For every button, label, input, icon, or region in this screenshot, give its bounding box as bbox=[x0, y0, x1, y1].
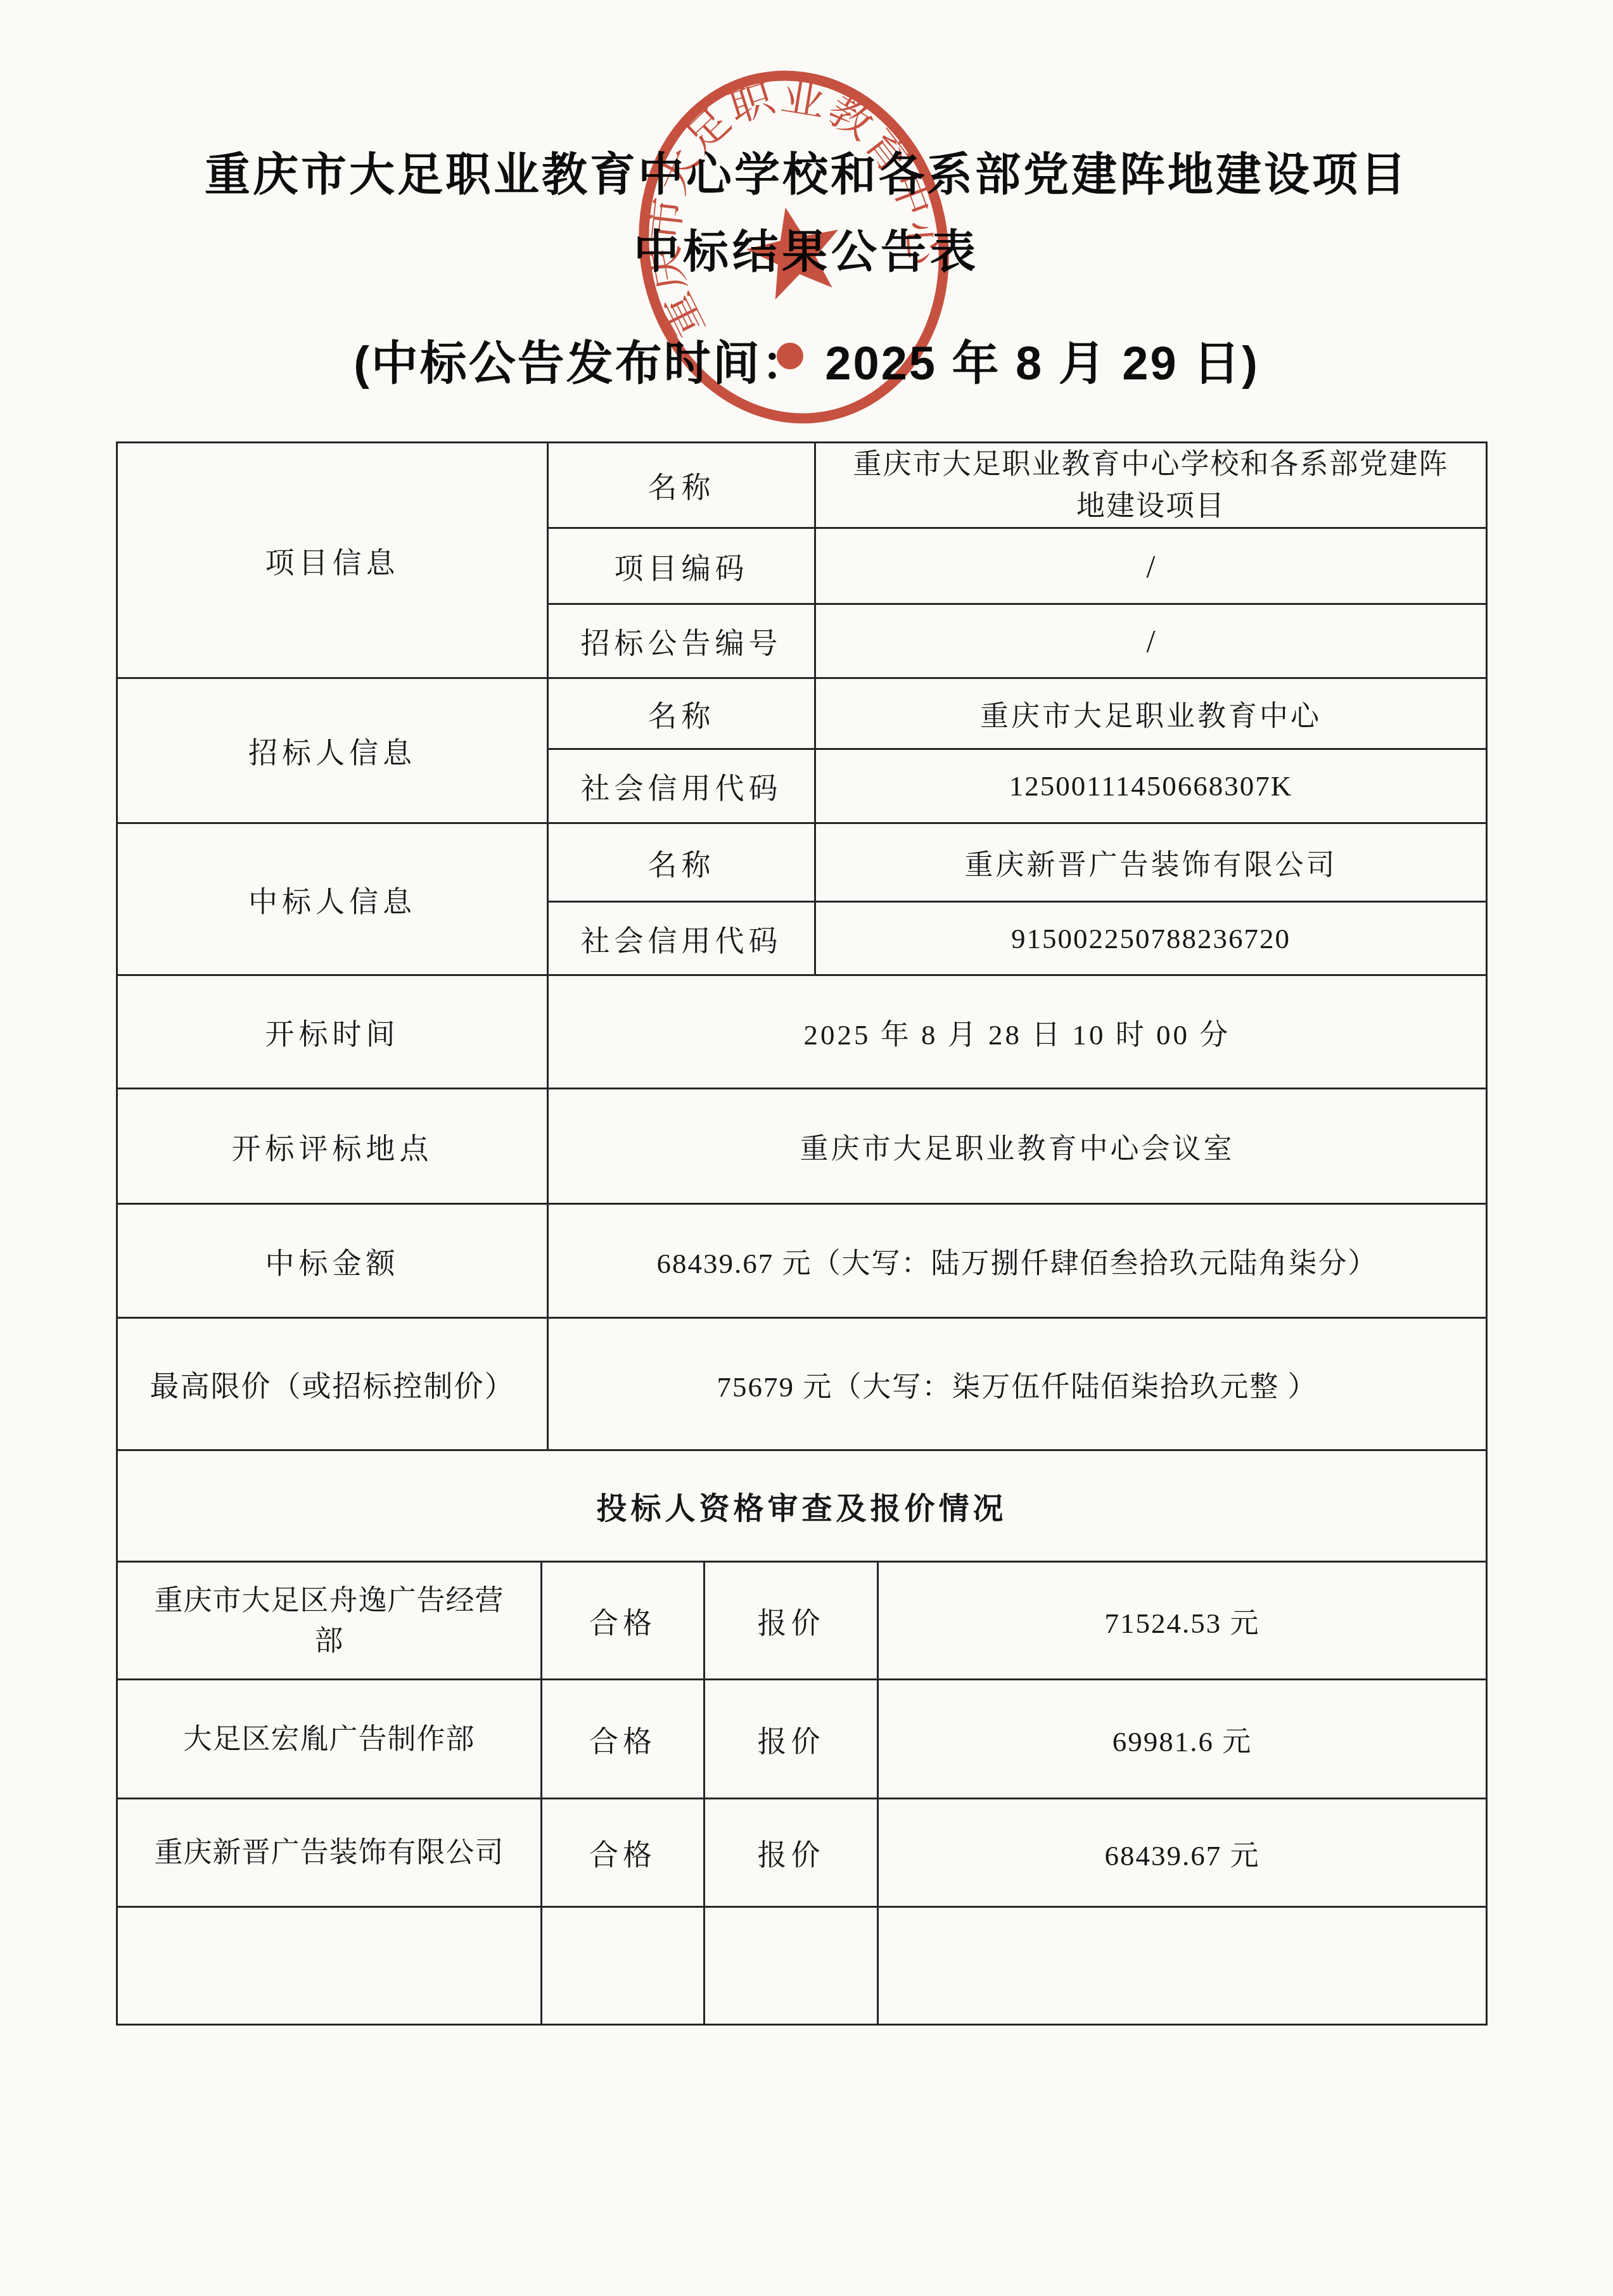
bidder-price-label bbox=[704, 1907, 878, 2025]
winner-credit-code-value: 915002250788236720 bbox=[815, 902, 1487, 975]
tenderer-name-value: 重庆市大足职业教育中心 bbox=[815, 678, 1487, 749]
bidder-name: 重庆新晋广告装饰有限公司 bbox=[117, 1799, 542, 1907]
bidder-name: 大足区宏胤广告制作部 bbox=[117, 1680, 542, 1799]
project-info-table: 项目信息 名称 重庆市大足职业教育中心学校和各系部党建阵地建设项目 项目编码 /… bbox=[116, 441, 1488, 1563]
max-price-label: 最高限价（或招标控制价） bbox=[117, 1318, 548, 1450]
bidder-price-label: 报价 bbox=[704, 1680, 878, 1799]
document-page: 重庆市大足职业教育中心学校和各系部党建阵地建设项目 中标结果公告表 (中标公告发… bbox=[0, 0, 1613, 2296]
announcement-date-line: (中标公告发布时间： 2025 年 8 月 29 日) bbox=[0, 334, 1613, 393]
bidder-qualification: 合格 bbox=[542, 1680, 704, 1799]
bid-opening-time-value: 2025 年 8 月 28 日 10 时 00 分 bbox=[548, 975, 1487, 1089]
winner-name-value: 重庆新晋广告装饰有限公司 bbox=[815, 823, 1487, 902]
section-tenderer-info: 招标人信息 bbox=[117, 678, 548, 823]
bidder-price: 69981.6 元 bbox=[878, 1680, 1487, 1799]
bidder-price-label: 报价 bbox=[704, 1562, 878, 1680]
bidder-name bbox=[117, 1907, 542, 2025]
award-amount-value: 68439.67 元（大写：陆万捌仟肆佰叁拾玖元陆角柒分） bbox=[548, 1204, 1487, 1318]
bidder-name: 重庆市大足区舟逸广告经营部 bbox=[117, 1562, 542, 1680]
bidder-qualification bbox=[542, 1907, 704, 2025]
winner-name-label: 名称 bbox=[548, 823, 815, 902]
bidder-qualification: 合格 bbox=[542, 1562, 704, 1680]
project-code-label: 项目编码 bbox=[548, 528, 815, 604]
tenderer-name-label: 名称 bbox=[548, 678, 815, 749]
bidder-review-section-header: 投标人资格审查及报价情况 bbox=[117, 1450, 1487, 1562]
tenderer-credit-code-value: 12500111450668307K bbox=[815, 749, 1487, 823]
document-title-line1: 重庆市大足职业教育中心学校和各系部党建阵地建设项目 bbox=[0, 147, 1613, 203]
bidder-row: 重庆市大足区舟逸广告经营部 合格 报价 71524.53 元 bbox=[117, 1562, 1487, 1680]
award-amount-label: 中标金额 bbox=[117, 1204, 548, 1318]
bidder-price: 71524.53 元 bbox=[878, 1562, 1487, 1680]
project-name-value: 重庆市大足职业教育中心学校和各系部党建阵地建设项目 bbox=[815, 443, 1487, 528]
bidder-price: 68439.67 元 bbox=[878, 1799, 1487, 1907]
bid-opening-place-label: 开标评标地点 bbox=[117, 1089, 548, 1204]
bid-opening-place-value: 重庆市大足职业教育中心会议室 bbox=[548, 1089, 1487, 1204]
tenderer-credit-code-label: 社会信用代码 bbox=[548, 749, 815, 823]
winner-credit-code-label: 社会信用代码 bbox=[548, 902, 815, 975]
bidder-qualification: 合格 bbox=[542, 1799, 704, 1907]
bidder-row: 大足区宏胤广告制作部 合格 报价 69981.6 元 bbox=[117, 1680, 1487, 1799]
project-name-label: 名称 bbox=[548, 443, 815, 528]
bid-result-table: 项目信息 名称 重庆市大足职业教育中心学校和各系部党建阵地建设项目 项目编码 /… bbox=[116, 441, 1486, 2026]
document-title-line2: 中标结果公告表 bbox=[0, 224, 1613, 280]
section-winner-info: 中标人信息 bbox=[117, 823, 548, 975]
bidder-row: 重庆新晋广告装饰有限公司 合格 报价 68439.67 元 bbox=[117, 1799, 1487, 1907]
bidder-price-label: 报价 bbox=[704, 1799, 878, 1907]
bidder-row-empty bbox=[117, 1907, 1487, 2025]
max-price-value: 75679 元（大写：柒万伍仟陆佰柒拾玖元整 ） bbox=[548, 1318, 1487, 1450]
bidder-price bbox=[878, 1907, 1487, 2025]
project-code-value: / bbox=[815, 528, 1487, 604]
bidder-quote-table: 重庆市大足区舟逸广告经营部 合格 报价 71524.53 元 大足区宏胤广告制作… bbox=[116, 1561, 1488, 2026]
bid-opening-time-label: 开标时间 bbox=[117, 975, 548, 1089]
section-project-info: 项目信息 bbox=[117, 443, 548, 678]
title-block: 重庆市大足职业教育中心学校和各系部党建阵地建设项目 中标结果公告表 (中标公告发… bbox=[0, 147, 1613, 393]
tender-notice-no-label: 招标公告编号 bbox=[548, 604, 815, 678]
tender-notice-no-value: / bbox=[815, 604, 1487, 678]
